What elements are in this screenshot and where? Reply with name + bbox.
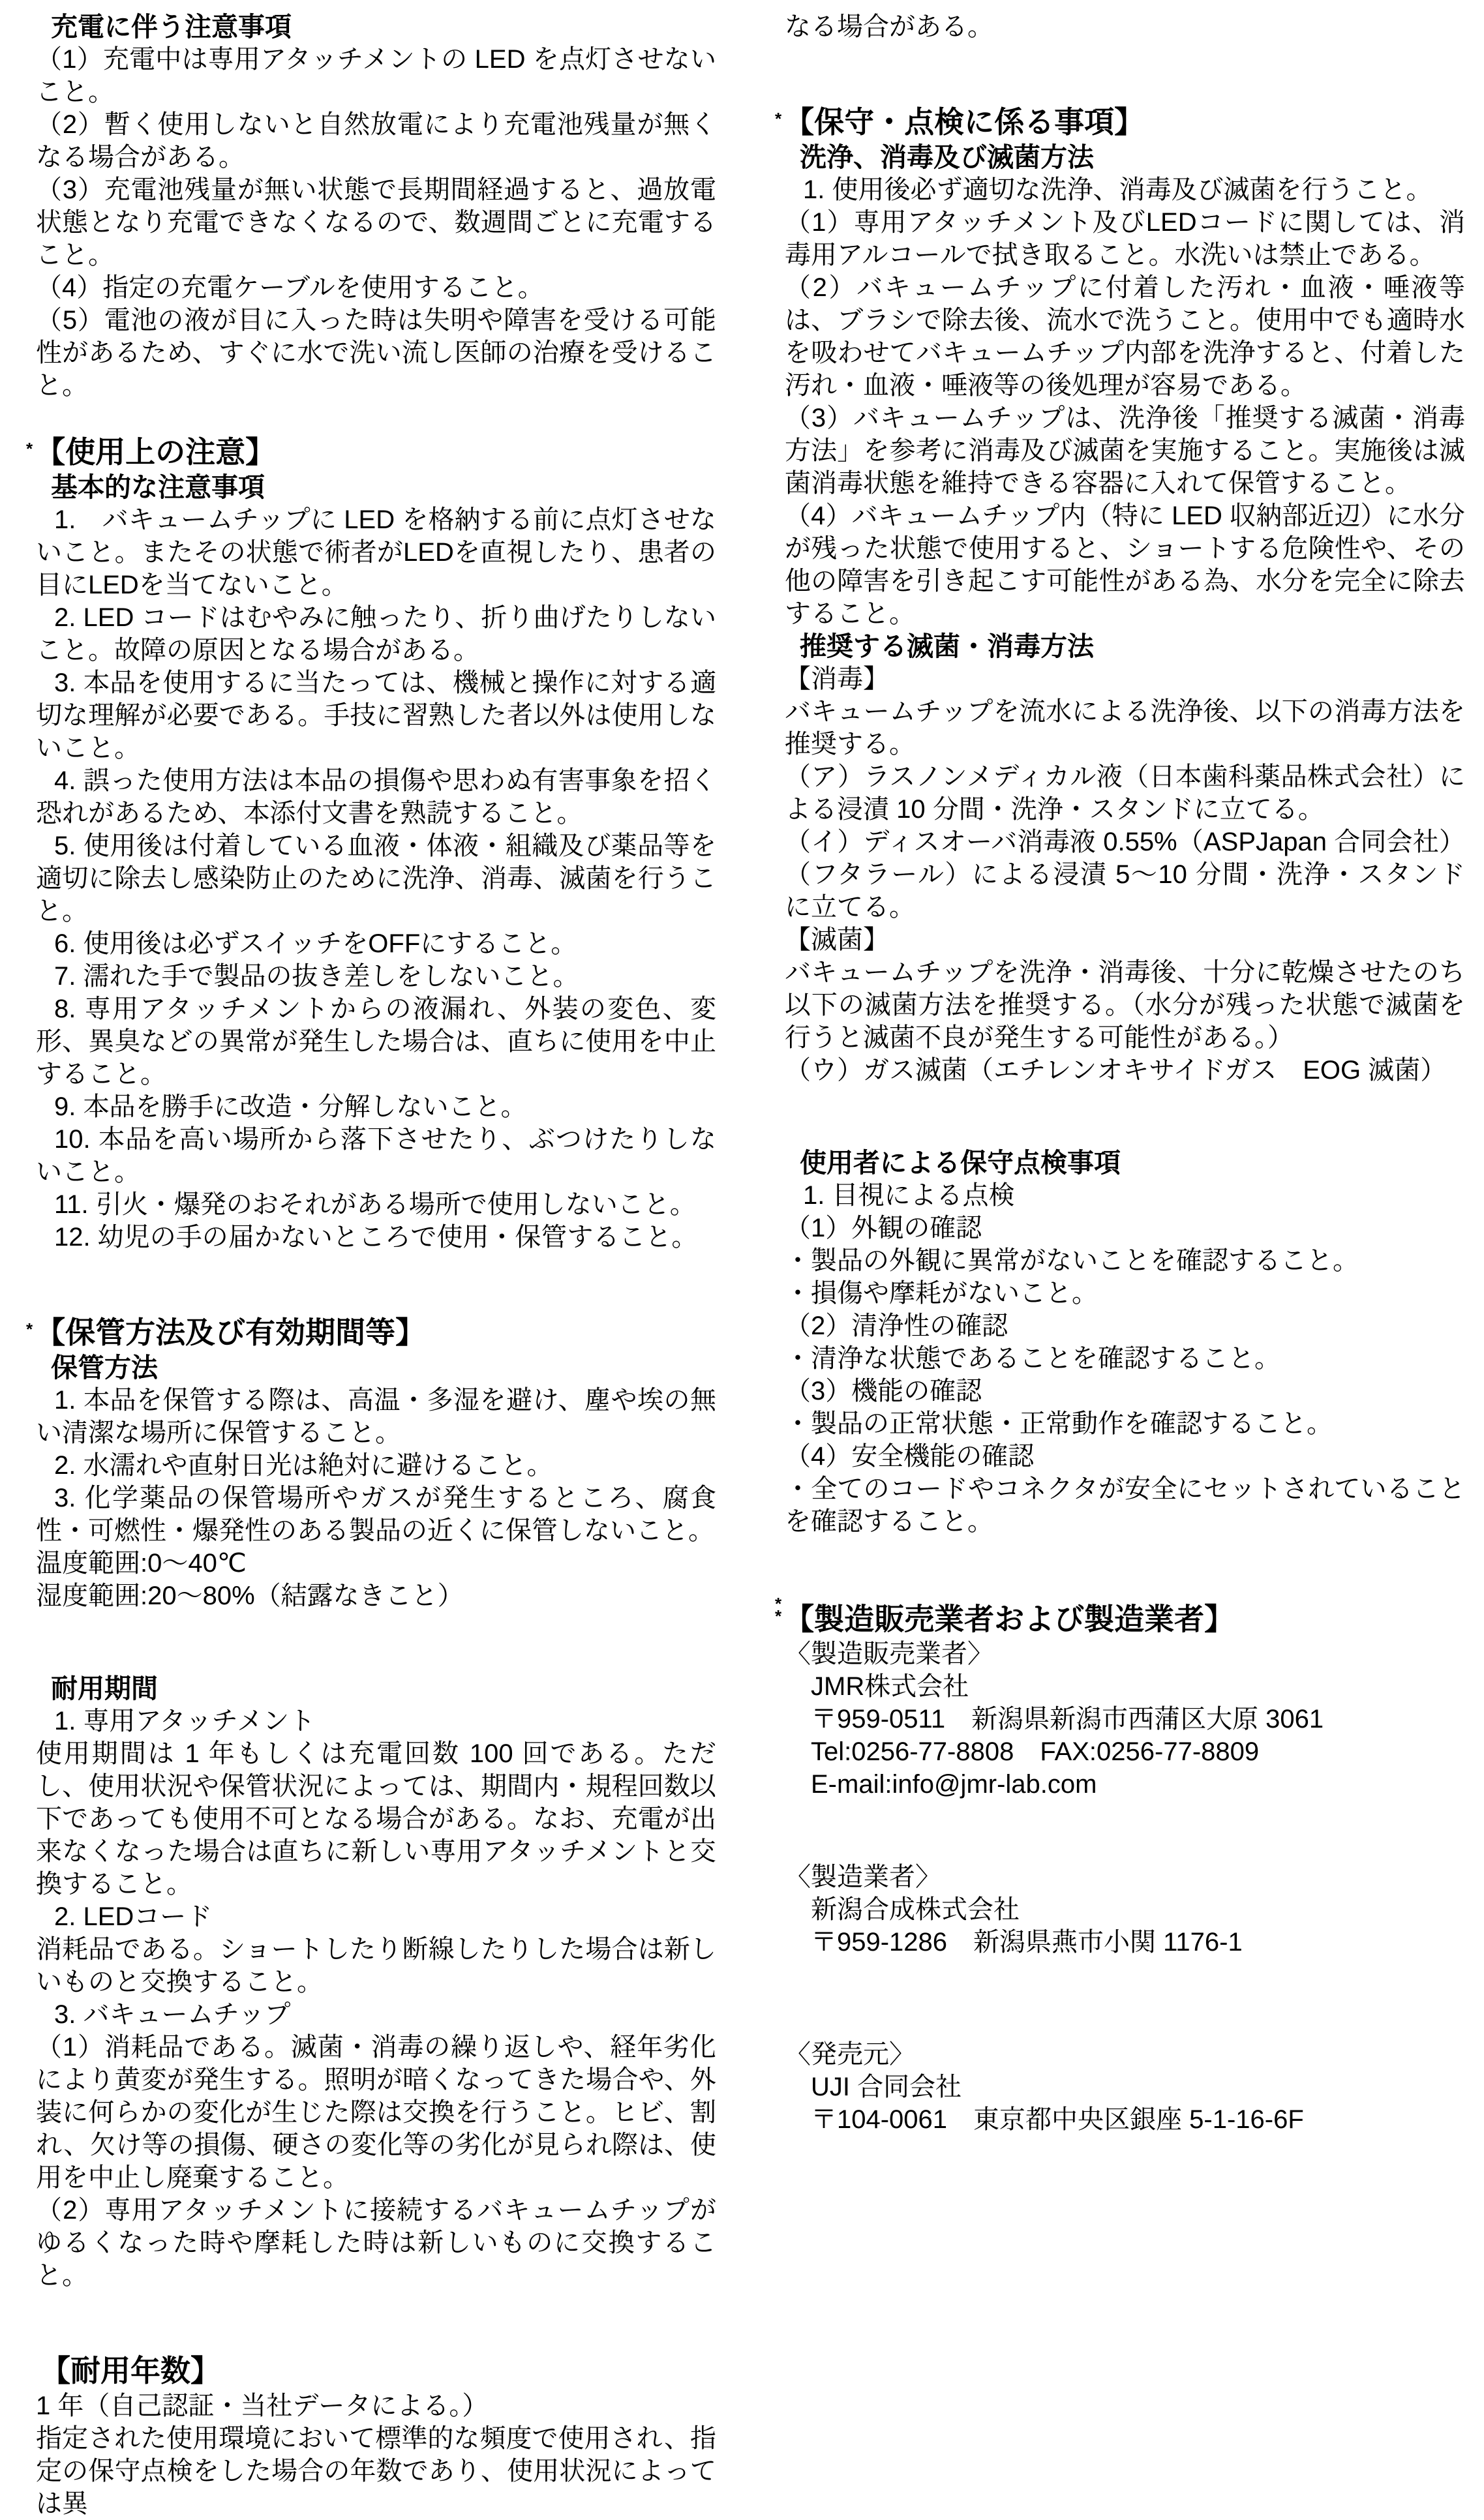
group-label: 〈製造業者〉 (785, 1861, 1465, 1893)
group-label: 〈発売元〉 (785, 2038, 1465, 2071)
list-item: 1. バキュームチップに LED を格納する前に点灯させないこと。またその状態で… (36, 503, 716, 601)
company-name: UJI 合同会社 (811, 2071, 1465, 2103)
bullet-item: ・全てのコードやコネクタが安全にセットされていることを確認すること。 (785, 1473, 1465, 1538)
bracket-label: 【滅菌】 (785, 923, 1465, 956)
asterisk-marker: * (26, 443, 33, 455)
sub-heading: 基本的な注意事項 (51, 471, 716, 503)
bullet-item: ・製品の正常状態・正常動作を確認すること。 (785, 1407, 1465, 1440)
bullet-item: ・清浄な状態であることを確認すること。 (785, 1342, 1465, 1375)
section-heading-text: 【使用上の注意】 (35, 435, 275, 469)
asterisk-marker: * (775, 113, 781, 125)
paragraph: （5）電池の液が目に入った時は失明や障害を受ける可能性があるため、すぐに水で洗い… (36, 304, 716, 402)
company-name: 新潟合成株式会社 (811, 1893, 1465, 1926)
list-item: 1. 本品を保管する際は、高温・多湿を避け、塵や埃の無い清潔な場所に保管すること… (36, 1384, 716, 1449)
list-item: 3. 化学薬品の保管場所やガスが発生するところ、腐食性・可燃性・爆発性のある製品… (36, 1482, 716, 1547)
list-item: 5. 使用後は付着している血液・体液・組織及び薬品等を適切に除去し感染防止のため… (36, 830, 716, 927)
sub-heading: 推奨する滅菌・消毒方法 (800, 630, 1465, 663)
list-item: 3. バキュームチップ (36, 1998, 716, 2031)
list-item: 3. 本品を使用するに当たっては、機械と操作に対する適切な理解が必要である。手技… (36, 667, 716, 764)
double-asterisk-marker: ** (775, 1598, 781, 1622)
company-address: 〒959-0511 新潟県新潟市西蒲区大原 3061 (811, 1703, 1465, 1735)
left-column: 充電に伴う注意事項 （1）充電中は専用アタッチメントの LED を点灯させないこ… (20, 10, 716, 2520)
sub-heading: 使用者による保守点検事項 (800, 1147, 1465, 1179)
bullet-item: ・製品の外観に異常がないことを確認すること。 (785, 1244, 1465, 1277)
paragraph: （1）外観の確認 (785, 1212, 1465, 1244)
paragraph: （3）バキュームチップは、洗浄後「推奨する滅菌・消毒方法」を参考に消毒及び滅菌を… (785, 402, 1465, 500)
section-heading: **【製造販売業者および製造業者】 (775, 1598, 1465, 1638)
paragraph: 1 年（自己認証・当社データによる。） (36, 2390, 716, 2422)
section-heading: 【耐用年数】 (38, 2352, 716, 2390)
paragraph: （3）機能の確認 (785, 1375, 1465, 1407)
paragraph: （2）バキュームチップに付着した汚れ・血液・唾液等は、ブラシで除去後、流水で洗う… (785, 271, 1465, 402)
list-item: 1. 使用後必ず適切な洗浄、消毒及び滅菌を行うこと。 (785, 173, 1465, 206)
list-item: 6. 使用後は必ずスイッチをOFFにすること。 (36, 927, 716, 960)
sub-heading: 充電に伴う注意事項 (51, 10, 716, 43)
document-page: 充電に伴う注意事項 （1）充電中は専用アタッチメントの LED を点灯させないこ… (0, 0, 1484, 2520)
section-heading: *【使用上の注意】 (26, 433, 716, 471)
right-column: なる場合がある。 *【保守・点検に係る事項】 洗浄、消毒及び滅菌方法 1. 使用… (768, 10, 1465, 2520)
company-email: E-mail:info@jmr-lab.com (811, 1768, 1465, 1801)
paragraph: （4）安全機能の確認 (785, 1440, 1465, 1473)
section-heading-text: 【耐用年数】 (40, 2354, 220, 2388)
paragraph: 消耗品である。ショートしたり断線したりした場合は新しいものと交換すること。 (36, 1933, 716, 1998)
section-heading: *【保管方法及び有効期間等】 (26, 1313, 716, 1351)
section-heading: *【保守・点検に係る事項】 (775, 103, 1465, 141)
paragraph: （ウ）ガス滅菌（エチレンオキサイドガス EOG 滅菌） (785, 1054, 1465, 1087)
paragraph: 使用期間は 1 年もしくは充電回数 100 回である。ただし、使用状況や保管状況… (36, 1737, 716, 1900)
asterisk-marker: * (26, 1323, 33, 1336)
bullet-item: ・損傷や摩耗がないこと。 (785, 1277, 1465, 1310)
company-address: 〒959-1286 新潟県燕市小関 1176-1 (811, 1926, 1465, 1958)
paragraph: なる場合がある。 (785, 10, 1465, 43)
paragraph: （ア）ラスノンメディカル液（日本歯科薬品株式会社）による浸漬 10 分間・洗浄・… (785, 760, 1465, 826)
temperature-range: 温度範囲:0～40℃ (36, 1547, 716, 1580)
paragraph: （4）指定の充電ケーブルを使用すること。 (36, 271, 716, 304)
list-item: 1. 専用アタッチメント (36, 1705, 716, 1737)
paragraph: 指定された使用環境において標準的な頻度で使用され、指定の保守点検をした場合の年数… (36, 2422, 716, 2520)
paragraph: （1）充電中は専用アタッチメントの LED を点灯させないこと。 (36, 43, 716, 108)
paragraph: （2）暫く使用しないと自然放電により充電池残量が無くなる場合がある。 (36, 108, 716, 173)
list-item: 11. 引火・爆発のおそれがある場所で使用しないこと。 (36, 1188, 716, 1221)
list-item: 10. 本品を高い場所から落下させたり、ぶつけたりしないこと。 (36, 1123, 716, 1188)
list-item: 4. 誤った使用方法は本品の損傷や思わぬ有害事象を招く恐れがあるため、本添付文書… (36, 764, 716, 830)
bracket-label: 【消毒】 (785, 663, 1465, 695)
list-item: 2. LEDコード (36, 1900, 716, 1933)
paragraph: （2）清浄性の確認 (785, 1310, 1465, 1342)
sub-heading: 洗浄、消毒及び滅菌方法 (800, 141, 1465, 173)
company-phone: Tel:0256-77-8808 FAX:0256-77-8809 (811, 1735, 1465, 1768)
paragraph: （3）充電池残量が無い状態で長期間経過すると、過放電状態となり充電できなくなるの… (36, 173, 716, 271)
list-item: 9. 本品を勝手に改造・分解しないこと。 (36, 1090, 716, 1123)
list-item: 1. 目視による点検 (785, 1179, 1465, 1212)
sub-heading: 保管方法 (51, 1351, 716, 1384)
section-heading-text: 【保守・点検に係る事項】 (784, 105, 1144, 139)
section-heading-text: 【製造販売業者および製造業者】 (784, 1602, 1234, 1636)
list-item: 12. 幼児の手の届かないところで使用・保管すること。 (36, 1221, 716, 1253)
list-item: 8. 専用アタッチメントからの液漏れ、外装の変色、変形、異臭などの異常が発生した… (36, 993, 716, 1090)
paragraph: （2）専用アタッチメントに接続するバキュームチップがゆるくなった時や摩耗した時は… (36, 2194, 716, 2292)
paragraph: （1）消耗品である。滅菌・消毒の繰り返しや、経年劣化により黄変が発生する。照明が… (36, 2031, 716, 2194)
humidity-range: 湿度範囲:20～80%（結露なきこと） (36, 1580, 716, 1612)
paragraph: （イ）ディスオーバ消毒液 0.55%（ASPJapan 合同会社）（フタラール）… (785, 826, 1465, 923)
sub-heading: 耐用期間 (51, 1672, 716, 1705)
list-item: 2. 水濡れや直射日光は絶対に避けること。 (36, 1449, 716, 1482)
group-label: 〈製造販売業者〉 (785, 1638, 1465, 1670)
paragraph: （4）バキュームチップ内（特に LED 収納部近辺）に水分が残った状態で使用する… (785, 500, 1465, 630)
paragraph: （1）専用アタッチメント及びLEDコードに関しては、消毒用アルコールで拭き取るこ… (785, 206, 1465, 271)
paragraph: バキュームチップを洗浄・消毒後、十分に乾燥させたのち以下の滅菌方法を推奨する。（… (785, 956, 1465, 1054)
list-item: 7. 濡れた手で製品の抜き差しをしないこと。 (36, 960, 716, 993)
company-name: JMR株式会社 (811, 1670, 1465, 1703)
company-address: 〒104-0061 東京都中央区銀座 5-1-16-6F (811, 2103, 1465, 2136)
list-item: 2. LED コードはむやみに触ったり、折り曲げたりしないこと。故障の原因となる… (36, 601, 716, 667)
paragraph: バキュームチップを流水による洗浄後、以下の消毒方法を推奨する。 (785, 695, 1465, 760)
section-heading-text: 【保管方法及び有効期間等】 (35, 1315, 425, 1349)
